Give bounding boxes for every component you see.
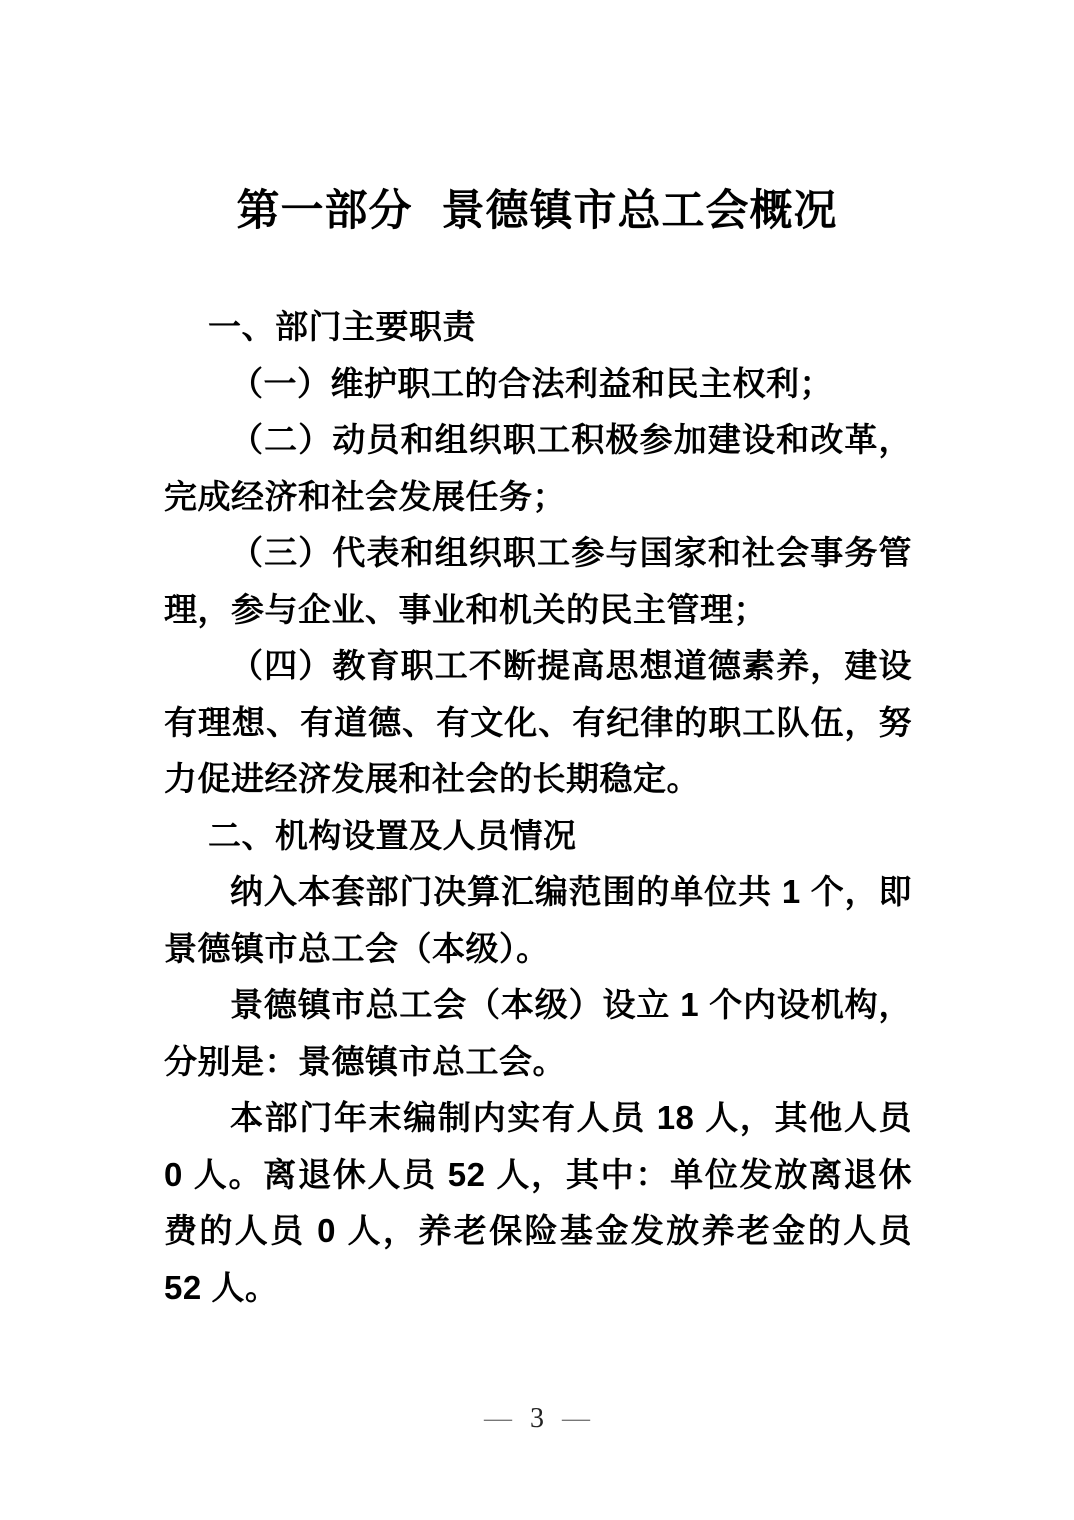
document-title: 第一部分 景德镇市总工会概况 xyxy=(0,186,1074,238)
section-1-paragraph-1: （一）维护职工的合法利益和民主权利； xyxy=(164,356,912,413)
section-1-paragraph-4: （四）教育职工不断提高思想道德素养，建设有理想、有道德、有文化、有纪律的职工队伍… xyxy=(164,638,912,808)
section-2-paragraph-2: 景德镇市总工会（本级）设立 1 个内设机构，分别是：景德镇市总工会。 xyxy=(164,977,912,1090)
section-2-paragraph-1: 纳入本套部门决算汇编范围的单位共 1 个，即景德镇市总工会（本级）。 xyxy=(164,864,912,977)
footer-right-dash: — xyxy=(562,1403,590,1434)
section-2-paragraph-3: 本部门年末编制内实有人员 18 人，其他人员 0 人。离退休人员 52 人，其中… xyxy=(164,1090,912,1316)
section-1-paragraph-2: （二）动员和组织职工积极参加建设和改革，完成经济和社会发展任务； xyxy=(164,412,912,525)
page-footer: —3— xyxy=(0,1402,1074,1436)
document-body: 一、部门主要职责 （一）维护职工的合法利益和民主权利； （二）动员和组织职工积极… xyxy=(164,299,912,1316)
document-page: 第一部分 景德镇市总工会概况 一、部门主要职责 （一）维护职工的合法利益和民主权… xyxy=(0,0,1074,1520)
page-number: 3 xyxy=(530,1403,544,1434)
section-1-paragraph-3: （三）代表和组织职工参与国家和社会事务管理，参与企业、事业和机关的民主管理； xyxy=(164,525,912,638)
section-2-heading: 二、机构设置及人员情况 xyxy=(164,808,912,865)
footer-left-dash: — xyxy=(484,1403,512,1434)
section-1-heading: 一、部门主要职责 xyxy=(164,299,912,356)
